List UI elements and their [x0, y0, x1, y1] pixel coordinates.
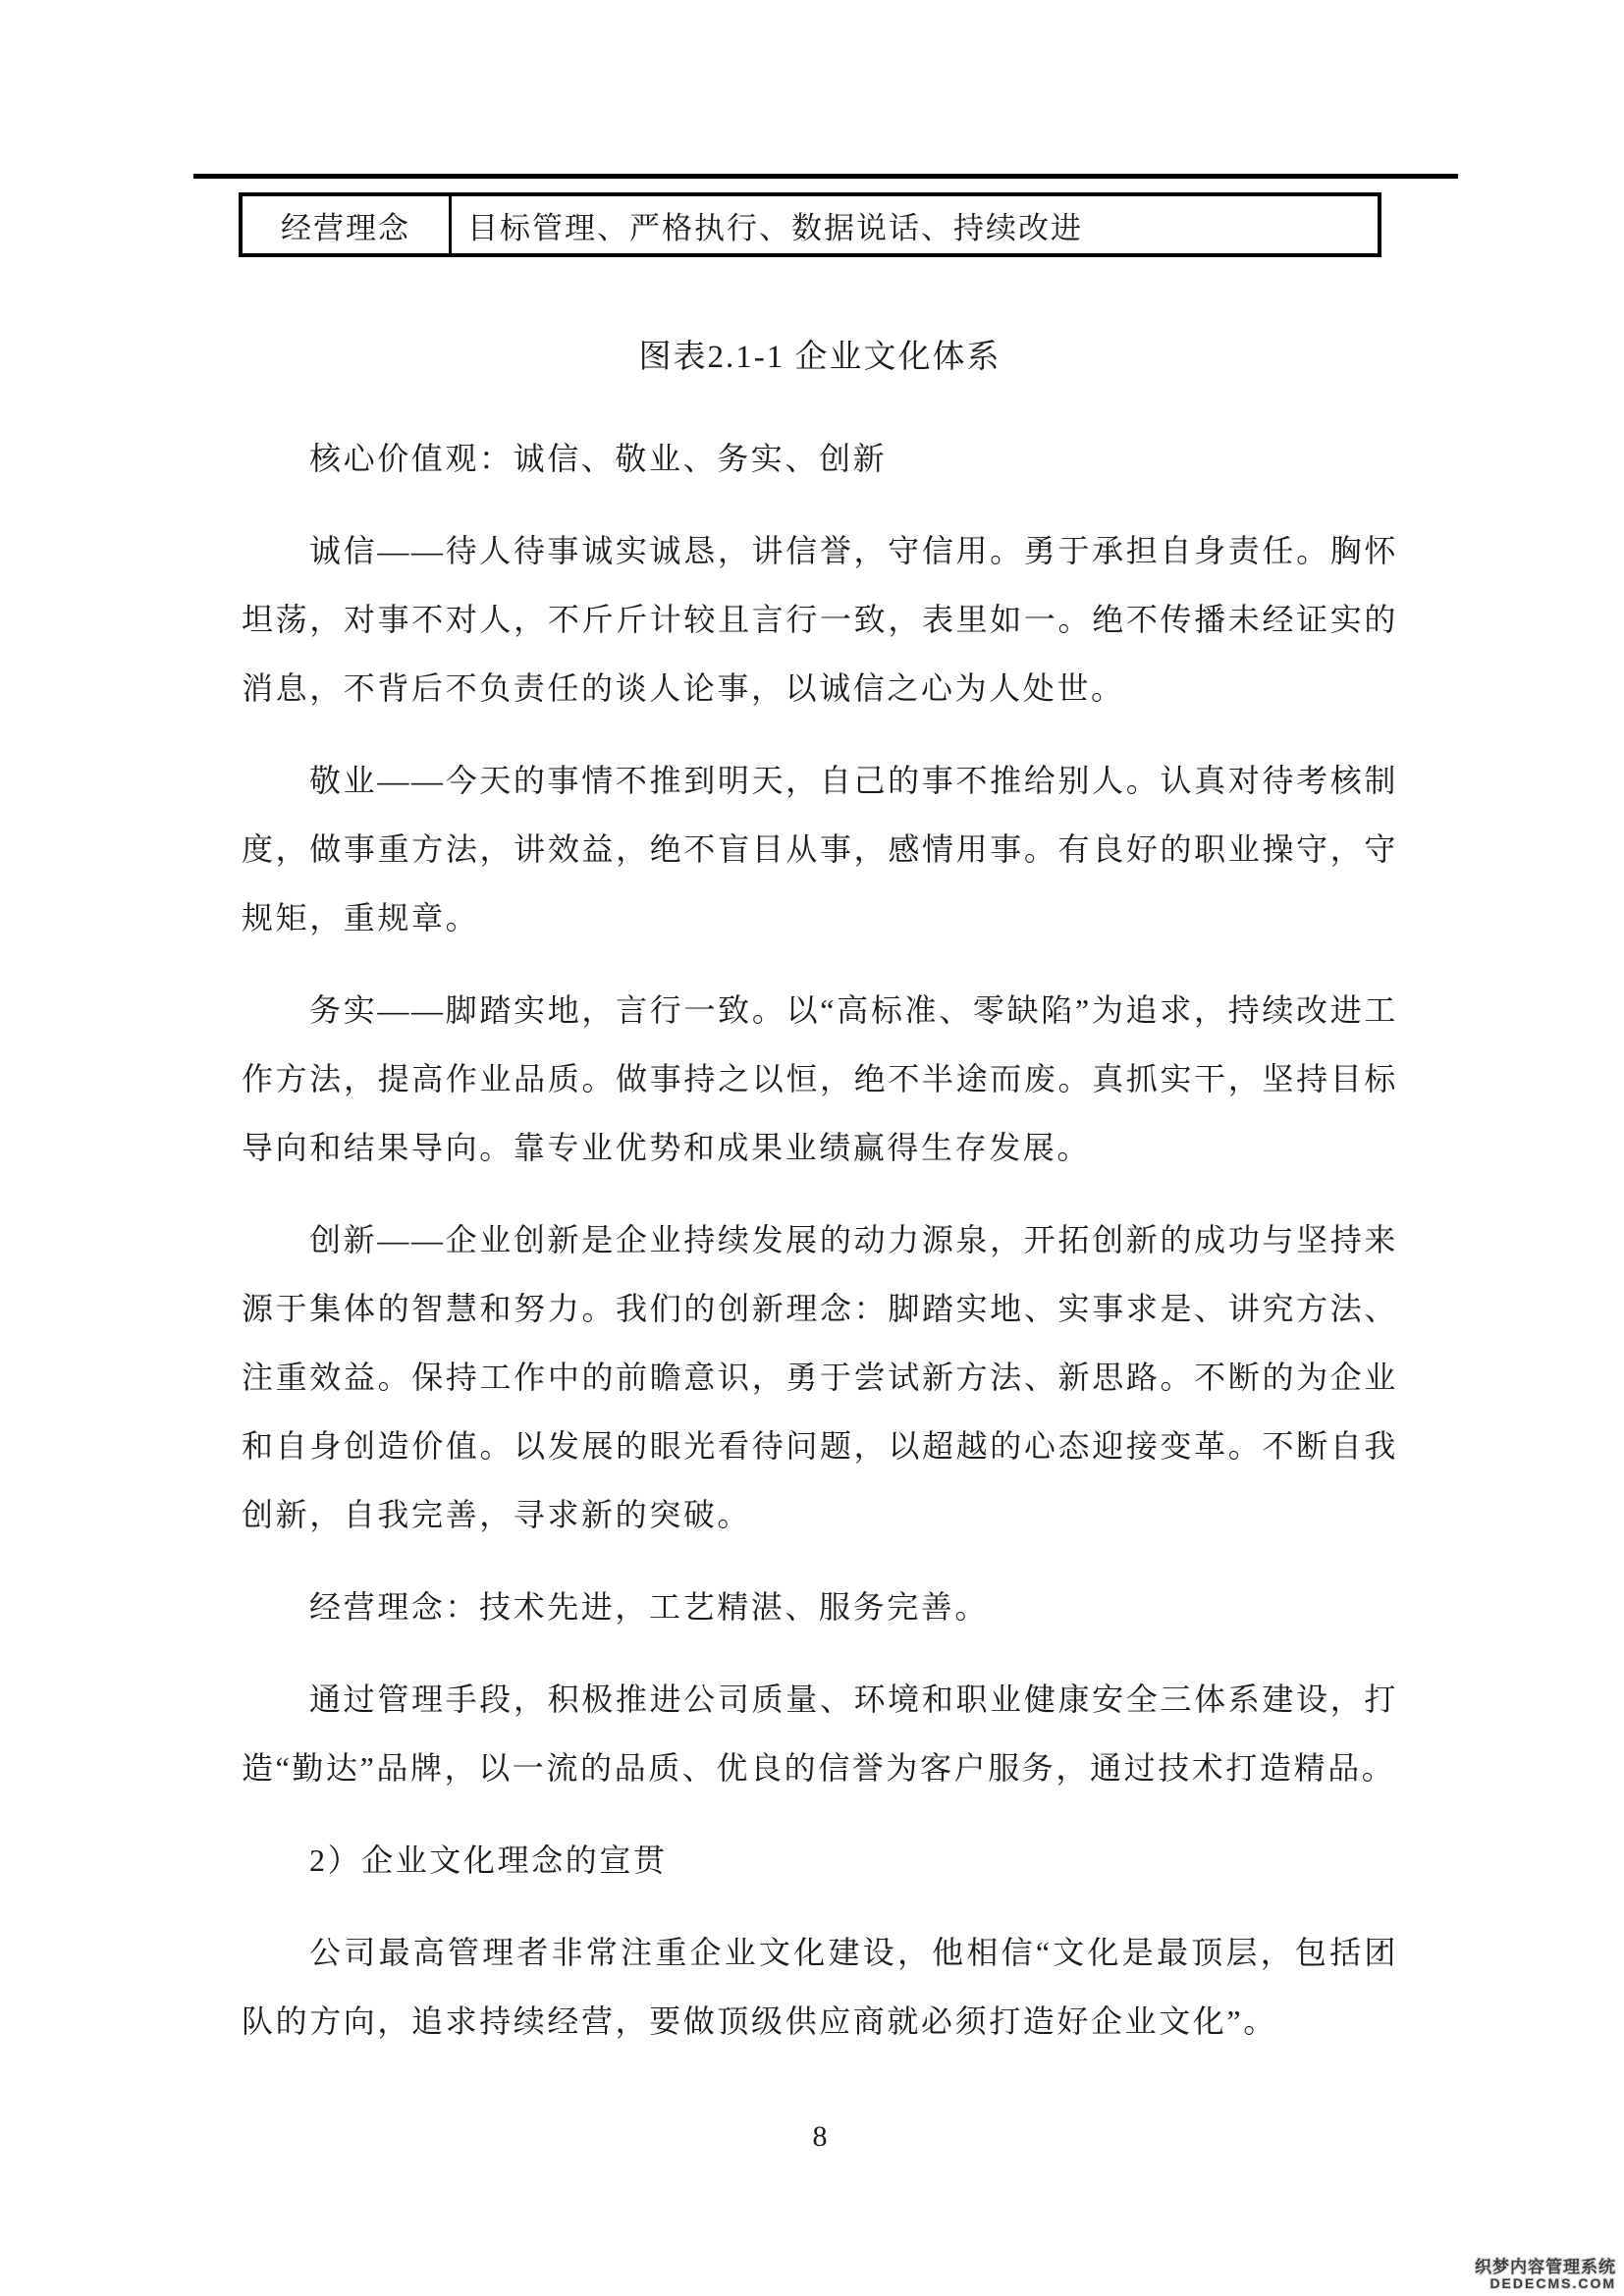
table-label: 经营理念	[281, 203, 410, 247]
document-page: 经营理念 目标管理、严格执行、数据说话、持续改进 图表2.1-1 企业文化体系 …	[0, 0, 1624, 2296]
paragraph-core-values: 核心价值观：诚信、敬业、务实、创新	[242, 424, 1398, 493]
paragraph-dedication: 敬业——今天的事情不推到明天，自己的事不推给别人。认真对待考核制度，做事重方法，…	[242, 746, 1398, 952]
table-value: 目标管理、严格执行、数据说话、持续改进	[467, 203, 1083, 247]
table-label-cell: 经营理念	[243, 196, 452, 253]
watermark: 织梦内容管理系统 DEDECMS.COM	[1475, 2259, 1616, 2291]
document-body: 核心价值观：诚信、敬业、务实、创新 诚信——待人待事诚实诚恳，讲信誉，守信用。勇…	[242, 424, 1398, 2079]
paragraph-innovation: 创新——企业创新是企业持续发展的动力源泉，开拓创新的成功与坚持来源于集体的智慧和…	[242, 1205, 1398, 1549]
paragraph-integrity: 诚信——待人待事诚实诚恳，讲信誉，守信用。勇于承担自身责任。胸怀坦荡，对事不对人…	[242, 516, 1398, 722]
watermark-cn-text: 织梦内容管理系统	[1475, 2259, 1616, 2276]
paragraph-management-systems: 通过管理手段，积极推进公司质量、环境和职业健康安全三体系建设，打造“勤达”品牌，…	[242, 1665, 1398, 1802]
heading-culture-promotion: 2）企业文化理念的宣贯	[242, 1826, 1398, 1895]
paragraph-pragmatism: 务实——脚踏实地，言行一致。以“高标准、零缺陷”为追求，持续改进工作方法，提高作…	[242, 976, 1398, 1182]
watermark-domain-text: DEDECMS.COM	[1475, 2276, 1616, 2291]
paragraph-business-philosophy: 经营理念：技术先进，工艺精湛、服务完善。	[242, 1573, 1398, 1641]
paragraph-leadership: 公司最高管理者非常注重企业文化建设，他相信“文化是最顶层，包括团队的方向，追求持…	[242, 1918, 1398, 2056]
header-rule	[193, 174, 1458, 179]
culture-table: 经营理念 目标管理、严格执行、数据说话、持续改进	[239, 192, 1381, 257]
figure-caption: 图表2.1-1 企业文化体系	[242, 336, 1398, 379]
page-number: 8	[242, 2120, 1398, 2154]
table-value-cell: 目标管理、严格执行、数据说话、持续改进	[452, 196, 1378, 253]
